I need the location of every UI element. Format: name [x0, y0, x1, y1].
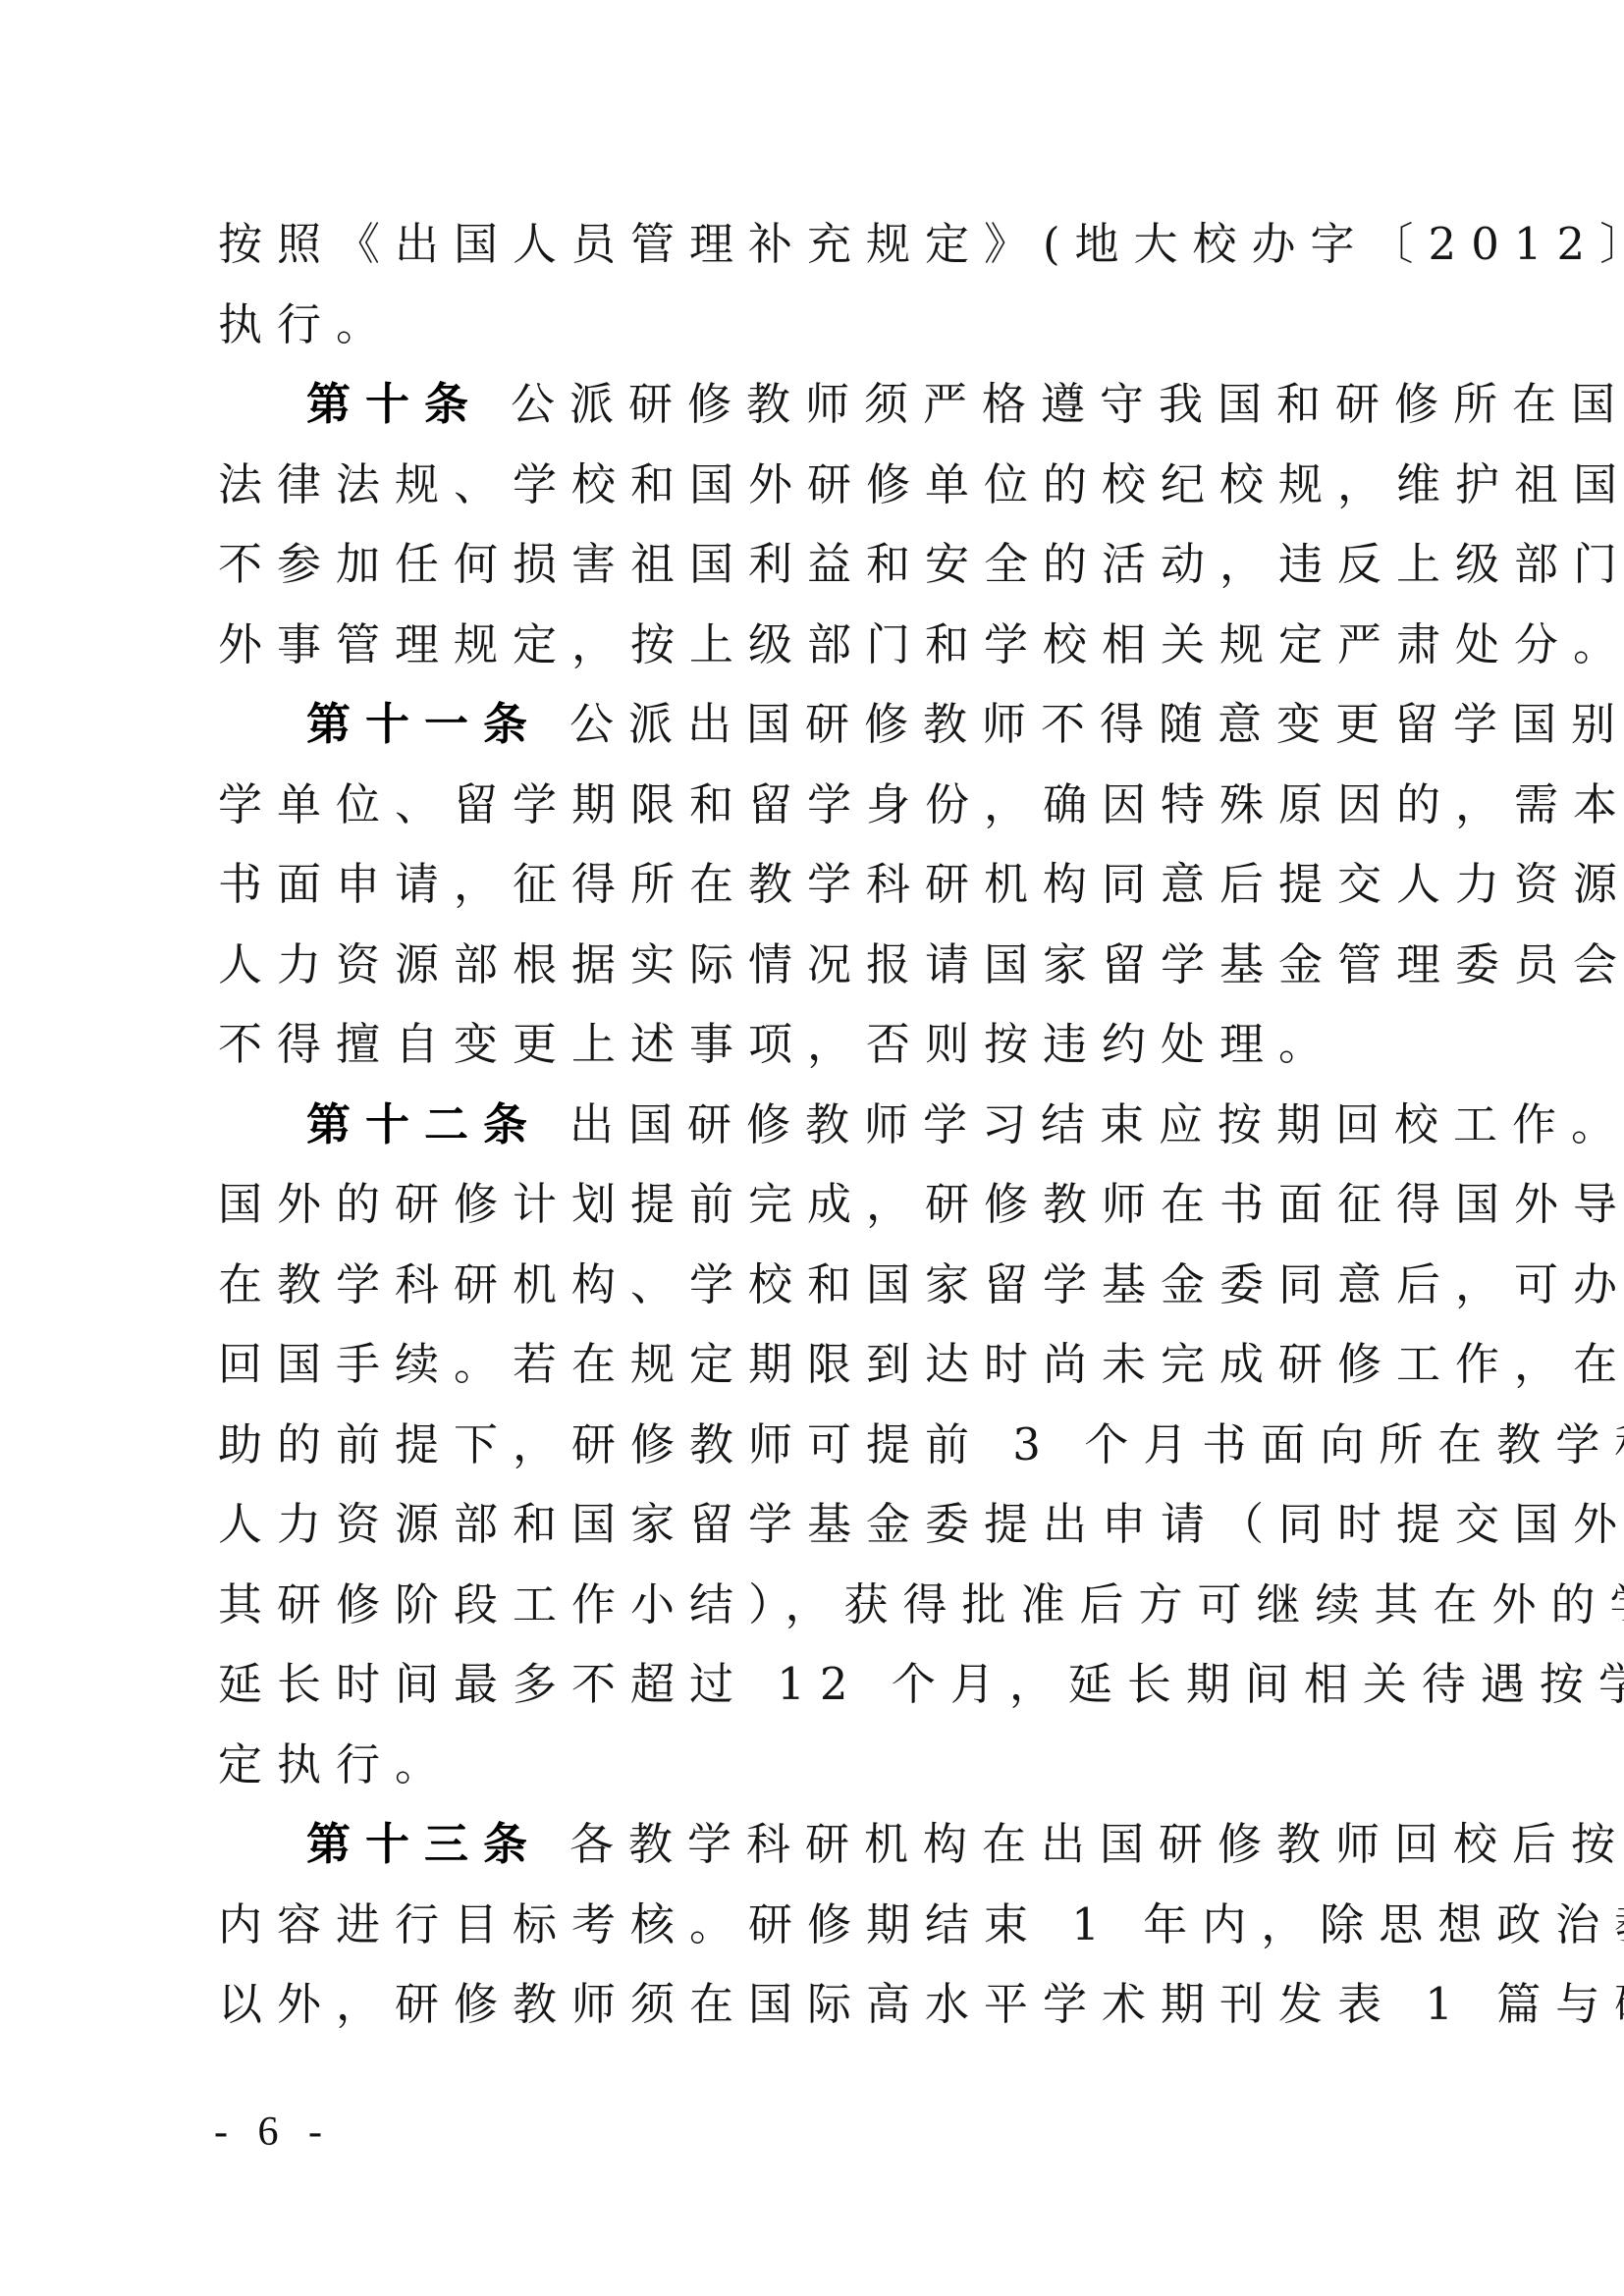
text-line: 国外的研修计划提前完成，研修教师在书面征得国外导师、所: [218, 1164, 1420, 1245]
text-line: 执行。: [218, 285, 1420, 365]
text-line: 按照《出国人员管理补充规定》(地大校办字〔2012〕32 号): [218, 204, 1420, 285]
paragraph-article-11: 第十一条公派出国研修教师不得随意变更留学国别、留 学单位、留学期限和留学身份，确…: [218, 684, 1420, 1085]
article-number: 第十二条: [306, 1098, 542, 1150]
text-line: 内容进行目标考核。研修期结束 1 年内，除思想政治教育教师: [218, 1885, 1420, 1965]
text-line: 第十条公派研修教师须严格遵守我国和研修所在国家的: [218, 364, 1420, 445]
text-line: 助的前提下，研修教师可提前 3 个月书面向所在教学科研机构、: [218, 1405, 1420, 1485]
text-line: 不参加任何损害祖国利益和安全的活动，违反上级部门和学校: [218, 524, 1420, 605]
text-line: 学单位、留学期限和留学身份，确因特殊原因的，需本人提出: [218, 765, 1420, 845]
text-line: 定执行。: [218, 1725, 1420, 1805]
paragraph-article-10: 第十条公派研修教师须严格遵守我国和研修所在国家的 法律法规、学校和国外研修单位的…: [218, 364, 1420, 684]
paragraph-article-13: 第十三条各教学科研机构在出国研修教师回校后按协议 内容进行目标考核。研修期结束 …: [218, 1804, 1420, 2045]
text-run: 出国研修教师学习结束应按期回校工作。若在: [569, 1098, 1624, 1150]
article-number: 第十条: [306, 378, 483, 430]
text-line: 回国手续。若在规定期限到达时尚未完成研修工作，在落实资: [218, 1324, 1420, 1405]
document-body: 按照《出国人员管理补充规定》(地大校办字〔2012〕32 号) 执行。 第十条公…: [218, 204, 1420, 2045]
text-line: 外事管理规定，按上级部门和学校相关规定严肃处分。: [218, 605, 1420, 685]
text-run: 公派出国研修教师不得随意变更留学国别、留: [569, 698, 1624, 750]
paragraph-article-12: 第十二条出国研修教师学习结束应按期回校工作。若在 国外的研修计划提前完成，研修教…: [218, 1085, 1420, 1805]
text-line: 人力资源部和国家留学基金委提出申请（同时提交国外导师对: [218, 1484, 1420, 1565]
text-line: 在教学科研机构、学校和国家留学基金委同意后，可办理提前: [218, 1245, 1420, 1325]
text-line: 延长时间最多不超过 12 个月，延长期间相关待遇按学校相关规: [218, 1644, 1420, 1725]
text-line: 第十三条各教学科研机构在出国研修教师回校后按协议: [218, 1804, 1420, 1885]
text-line: 其研修阶段工作小结），获得批准后方可继续其在外的学业，但: [218, 1565, 1420, 1645]
document-page: 按照《出国人员管理补充规定》(地大校办字〔2012〕32 号) 执行。 第十条公…: [0, 0, 1624, 2296]
text-line: 第十二条出国研修教师学习结束应按期回校工作。若在: [218, 1085, 1420, 1165]
text-line: 法律法规、学校和国外研修单位的校纪校规，维护祖国荣誉，: [218, 445, 1420, 525]
text-line: 书面申请，征得所在教学科研机构同意后提交人力资源部，由: [218, 844, 1420, 925]
text-line: 第十一条公派出国研修教师不得随意变更留学国别、留: [218, 684, 1420, 765]
article-number: 第十三条: [306, 1818, 542, 1870]
text-line: 以外，研修教师须在国际高水平学术期刊发表 1 篇与研修计划: [218, 1964, 1420, 2045]
text-line: 人力资源部根据实际情况报请国家留学基金管理委员会审批，: [218, 925, 1420, 1005]
page-number: - 6 -: [214, 2109, 332, 2156]
text-line: 不得擅自变更上述事项，否则按违约处理。: [218, 1004, 1420, 1085]
article-number: 第十一条: [306, 698, 542, 750]
text-run: 各教学科研机构在出国研修教师回校后按协议: [569, 1818, 1624, 1870]
paragraph-continuation: 按照《出国人员管理补充规定》(地大校办字〔2012〕32 号) 执行。: [218, 204, 1420, 364]
text-run: 公派研修教师须严格遵守我国和研修所在国家的: [511, 378, 1624, 430]
